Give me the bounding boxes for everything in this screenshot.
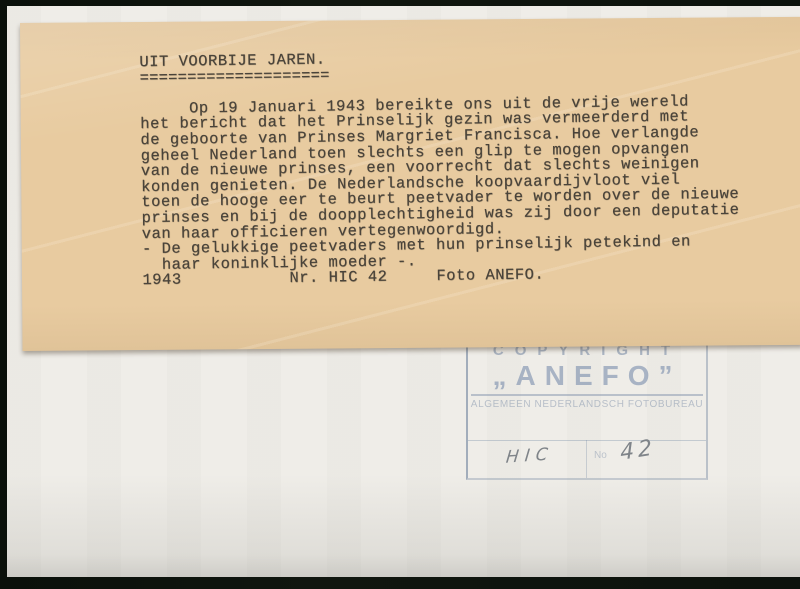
- stamp-index-row-divider: [468, 440, 706, 441]
- stamp-agency-name: „ANEFO”: [468, 360, 706, 392]
- stamp-subtitle-text: ALGEMEEN NEDERLANDSCH FOTOBUREAU: [468, 399, 706, 410]
- photo-paper: COPYRIGHT „ANEFO” ALGEMEEN NEDERLANDSCH …: [7, 6, 800, 577]
- pencil-annotation-number: 42: [620, 435, 657, 466]
- copyright-stamp: COPYRIGHT „ANEFO” ALGEMEEN NEDERLANDSCH …: [466, 328, 708, 480]
- stamp-cell-divider: [586, 440, 587, 478]
- typed-caption: UIT VOORBIJE JAREN. ====================…: [139, 47, 740, 289]
- stamp-divider: [471, 394, 703, 396]
- photo-back-scan: COPYRIGHT „ANEFO” ALGEMEEN NEDERLANDSCH …: [0, 0, 800, 589]
- stamp-no-label: No: [594, 450, 607, 461]
- caption-card: UIT VOORBIJE JAREN. ====================…: [20, 17, 800, 351]
- pencil-annotation-code: HIC: [505, 444, 555, 468]
